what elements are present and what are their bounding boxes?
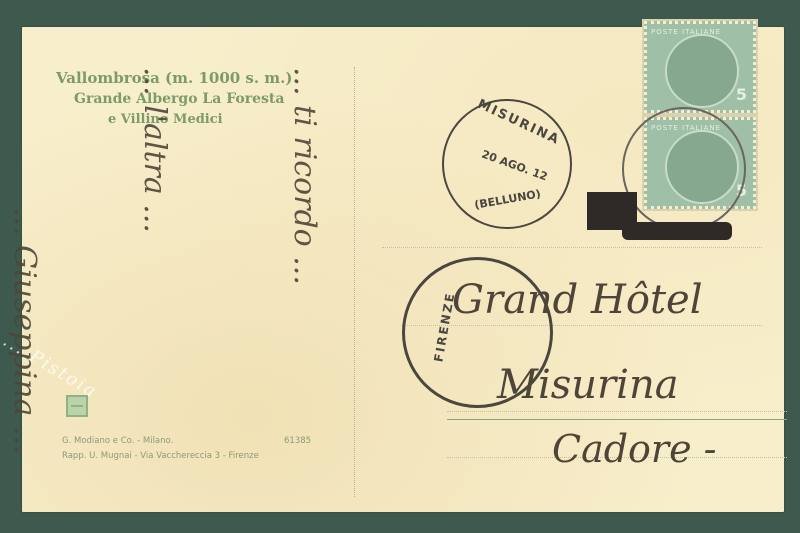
catalog-number: 61385 xyxy=(284,436,311,446)
departure-postmark: MISURINA 20 AGO. 12 (BELLUNO) xyxy=(442,99,572,229)
address-line2: Misurina xyxy=(497,362,679,408)
address-line3: Cadore - xyxy=(552,427,717,471)
publisher-imprint-line1: G. Modiano e Co. - Milano. xyxy=(62,436,173,446)
message-line: ... l'altra ... xyxy=(137,67,172,233)
postmark-subtitle: (BELLUNO) xyxy=(473,187,541,211)
postage-stamp: POSTE ITALIANE 5 xyxy=(644,21,756,113)
printed-header-line1: Vallombrosa (m. 1000 s. m.) xyxy=(56,69,293,87)
address-underline xyxy=(447,419,787,420)
printed-header-line2: Grande Albergo La Foresta xyxy=(74,91,284,107)
address-line1: Grand Hôtel xyxy=(452,277,703,323)
king-portrait-icon xyxy=(665,34,739,108)
postcard: Vallombrosa (m. 1000 s. m.) Grande Alber… xyxy=(22,27,784,512)
stamp-cancel-postmark xyxy=(622,107,746,231)
postmark-town: MISURINA xyxy=(475,97,562,148)
stamp-denomination: 5 xyxy=(736,85,747,104)
address-line xyxy=(447,411,787,412)
ink-blot xyxy=(622,222,732,240)
publisher-imprint-line2: Rapp. U. Mugnai - Via Vacchereccia 3 - F… xyxy=(62,451,259,461)
center-divider xyxy=(354,67,355,497)
postmark-date: 20 AGO. 12 xyxy=(480,148,549,184)
address-line xyxy=(382,247,762,248)
message-line: ... ti ricordo ... xyxy=(287,67,322,285)
stamp-country: POSTE ITALIANE xyxy=(651,28,721,36)
